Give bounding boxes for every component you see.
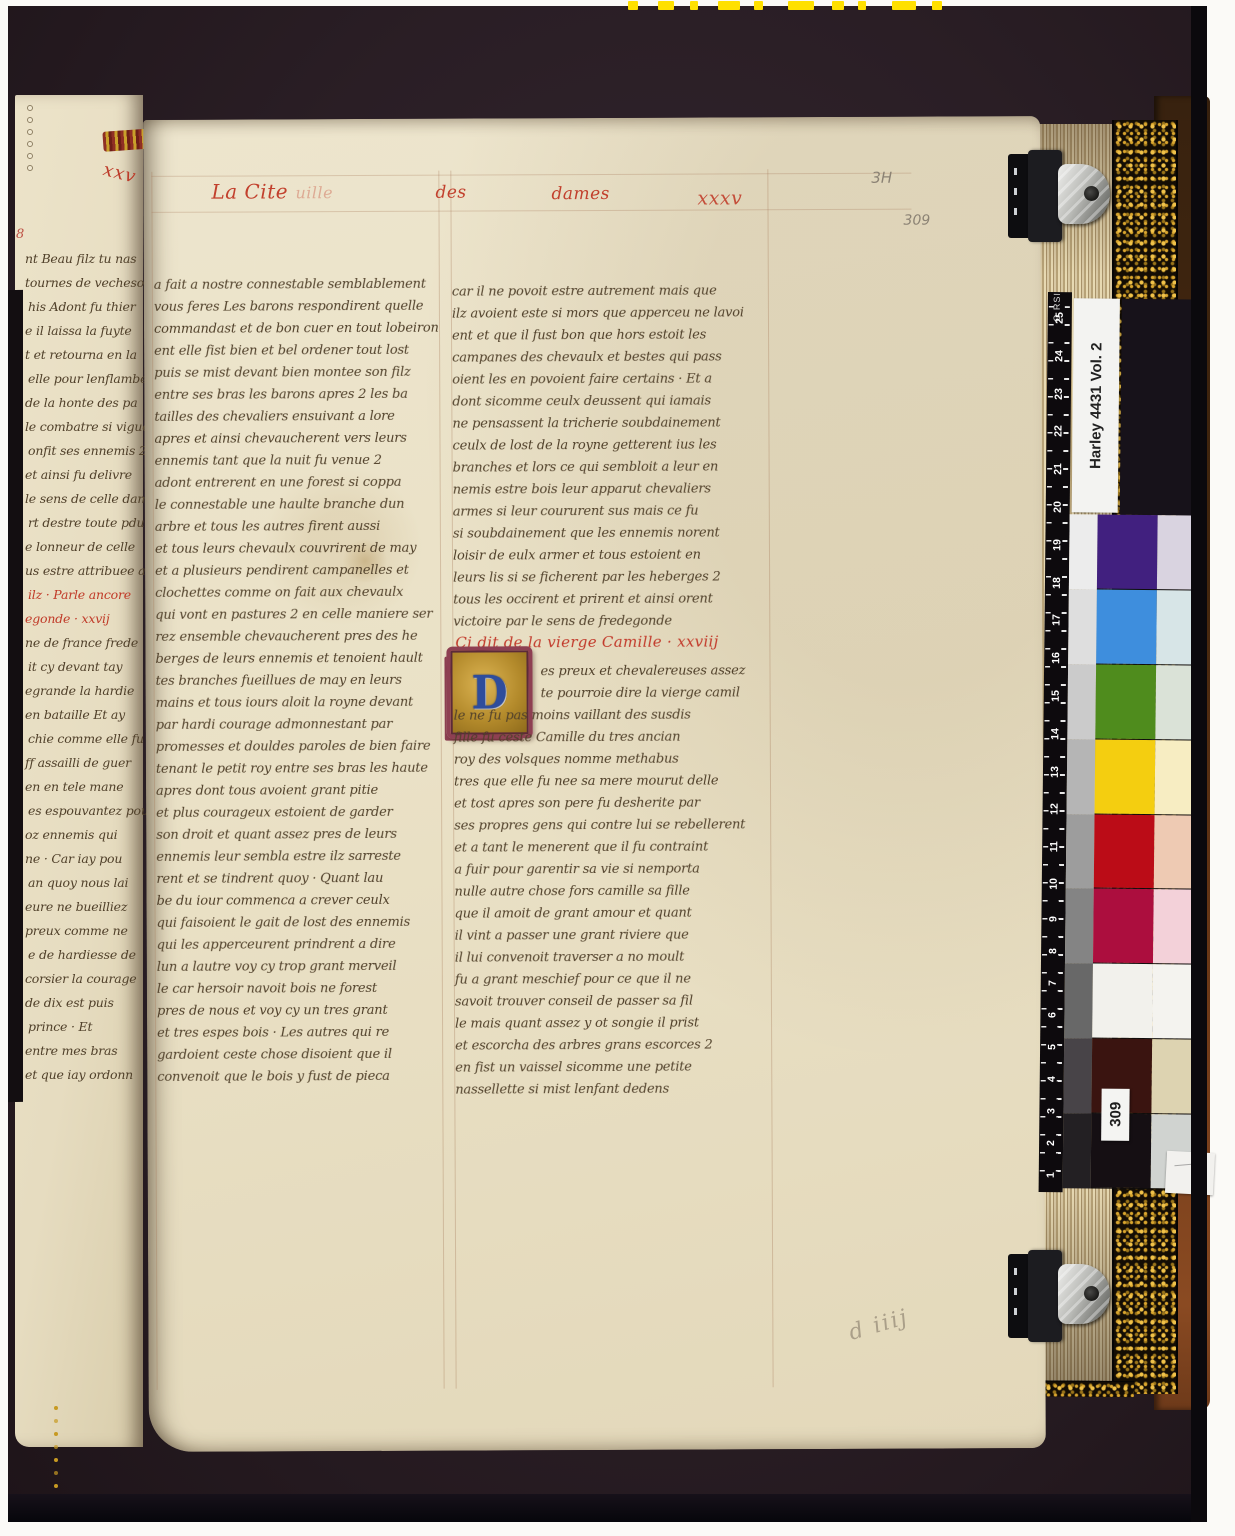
ruler-number: 12 [1049,803,1061,815]
text-line: tous les occirent et prirent et ainsi or… [453,588,771,611]
text-line: a fuir pour garentir sa vie si nemporta [454,858,772,881]
color-patch-row [1097,515,1203,591]
quire-mark-pencil: 3H [871,169,892,187]
binder-clip-top [1008,150,1108,242]
text-line: ennemis tant que la nuit fu venue 2 [155,450,443,473]
ruler-number: 20 [1052,501,1064,513]
text-line: onfit ses ennemis 2 [25,439,145,463]
ruler-number: 7 [1047,980,1059,986]
text-line: il lui convenoit traverser a no moult [455,946,773,969]
text-line: et tost apres son pere fu desherite par [454,792,772,815]
text-line: ent elle fist bien et bel ordener tout l… [154,340,442,363]
text-line: us estre attribuee a [25,559,145,583]
text-line: en en tele mane [25,775,145,799]
grayscale-step [1064,964,1093,1039]
clip-hole [1084,186,1099,201]
text-line: adont entrerent en une forest si coppa [155,472,443,495]
text-line: ff assailli de guer [25,751,145,775]
text-column-1: a fait a nostre connestable semblablemen… [154,274,446,1089]
text-line: puis se mist devant bien montee son filz [154,362,442,385]
text-line: arbre et tous les autres firent aussi [155,516,443,539]
text-line: entre ses bras les barons apres 2 les ba [154,384,442,407]
ruler-number: 8 [1047,948,1059,954]
ruler-number: 25 [1054,312,1066,324]
digitized-manuscript-photo: 8 xxv nt Beau filz tu nastournes de vech… [0,0,1235,1536]
text-column-2-lower: le ne fu pas moins vaillant des susdisfi… [454,704,774,1101]
text-line: il vint a passer une grant riviere que [455,924,773,947]
text-line: de dix est puis [25,991,145,1015]
running-header-des: des [435,183,466,203]
running-header-ghost: uille [295,183,333,202]
text-line: fu a grant meschief pour ce que il ne [455,968,773,991]
ruler-number: 5 [1046,1044,1058,1050]
text-line: rez ensemble chevaucherent pres des he [155,626,443,649]
photo-dark-background: 8 xxv nt Beau filz tu nastournes de vech… [8,6,1207,1522]
grayscale-step [1068,589,1097,664]
text-line: chie comme elle fu [25,727,145,751]
text-line: et a tant le menerent que il fu contrain… [454,836,772,859]
color-patch-row [1092,964,1198,1040]
grayscale-step [1063,1038,1092,1113]
text-line: et que iay ordonn [25,1063,145,1087]
text-line: armes si leur coururent sus mais ce fu [453,500,771,523]
top-edge-fragment [832,1,844,10]
text-line: e de hardiesse de [25,943,145,967]
verso-text-column: nt Beau filz tu nastournes de vechesonhi… [25,247,145,1087]
text-line: le connestable une haulte branche dun [155,494,443,517]
photo-edge-shadow [8,290,23,1102]
text-line: tres que elle fu nee sa mere mourut dell… [454,770,772,793]
text-line: qui faisoient le gait de lost des ennemi… [157,912,445,935]
running-header-dames: dames [551,184,610,204]
text-line: oient les en povoient faire certains · E… [452,368,770,391]
text-line: tenant le petit roy entre ses bras les h… [156,758,444,781]
text-line: si soubdainement que les ennemis norent [453,522,771,545]
color-patch-saturated [1095,739,1156,814]
text-line: elle pour lenflambe [25,367,145,391]
text-line: et tres espes bois · Les autres qui re [157,1022,445,1045]
text-line: tailles des chevaliers ensuivant a lore [154,406,442,429]
text-line: apres dont tous avoient grant pitie [156,780,444,803]
photo-bottom-edge [8,1494,1207,1522]
text-line: gardoient ceste chose disoient que il [157,1044,445,1067]
grayscale-step [1063,1113,1092,1188]
text-line: e il laissa la fuyte [25,319,145,343]
text-line: en fist un vaissel sicomme une petite [455,1056,773,1079]
text-line: par hardi courage admonnestant par [156,714,444,737]
color-patch-row [1095,739,1201,815]
text-line: nulle autre chose fors camille sa fille [454,880,772,903]
ruler-number: 3 [1045,1108,1057,1114]
text-line: que il amoit de grant amour et quant [455,902,773,925]
folio-number-pencil: 309 [904,213,931,229]
shelfmark-text: Harley 4431 Vol. 2 [1087,342,1105,469]
color-patch-row [1095,664,1201,740]
grayscale-step [1065,889,1094,964]
text-line: e lonneur de celle [25,535,145,559]
folio-sticker: 309 [1101,1089,1130,1141]
text-line: egrande la hardie [25,679,145,703]
color-patch-row [1094,814,1200,890]
top-edge-fragment [932,1,942,10]
shelfmark-label: Harley 4431 Vol. 2 [1072,298,1120,512]
text-line: victoire par le sens de fredegonde [453,610,771,633]
recto-page: La Cite uille des dames xxxv 3H 309 a fa… [143,116,1046,1452]
top-edge-fragment [718,1,740,10]
clip-speck [1014,1308,1017,1315]
clip-speck [1014,1288,1017,1295]
grayscale-step [1066,814,1095,889]
paper-scrap [1165,1151,1215,1195]
text-line: tournes de vecheson [25,271,145,295]
text-line: nemis estre bois leur apparut chevaliers [453,478,771,501]
verso-chapter-numeral: xxv [101,159,139,187]
text-line: ne pensassent la tricherie soubdainement [452,412,770,435]
text-column-2-upper: car il ne povoit estre autrement mais qu… [452,280,772,633]
running-header-title: La Cite [211,179,288,203]
text-line: le car hersoir navoit bois ne forest [157,978,445,1001]
text-line: son droit et quant assez pres de leurs [156,824,444,847]
verso-edge-mark: 8 [16,227,24,242]
text-line: mains et tous iours aloit la royne devan… [156,692,444,715]
verso-page-strip: 8 xxv nt Beau filz tu nastournes de vech… [15,95,143,1447]
color-patch-saturated [1095,664,1156,739]
text-line: convenoit que le bois y fust de pieca [157,1066,445,1089]
clip-speck [1014,208,1017,215]
text-line: apres et ainsi chevaucherent vers leurs [154,428,442,451]
ruler-number: 11 [1048,841,1060,852]
catchword-pencil: d iiij [846,1305,912,1346]
text-line: ne · Car iay pou [25,847,145,871]
binder-clip-bottom [1008,1250,1108,1342]
text-line: dont sicomme ceulx deussent qui iamais [452,390,770,413]
text-line: le combatre si vigue [25,415,145,439]
text-line: et ainsi fu delivre [25,463,145,487]
text-line: ceulx de lost de la royne getterent ius … [452,434,770,457]
top-edge-fragment [788,1,814,10]
photo-right-edge [1191,6,1207,1522]
text-line: ennemis leur sembla estre ilz sarreste [156,846,444,869]
top-edge-fragment [892,1,916,10]
text-line: vous feres Les barons respondirent quell… [154,296,442,319]
ruler-number: 23 [1053,388,1065,400]
text-line: es preux et chevalereuses assez [540,660,772,683]
text-line: an quoy nous lai [25,871,145,895]
text-line: campanes des chevaulx et bestes qui pass [452,346,770,369]
color-patch-saturated [1094,814,1155,889]
text-line: branches et lors ce qui sembloit a leur … [453,456,771,479]
color-patch-saturated [1092,964,1153,1039]
text-line: car il ne povoit estre autrement mais qu… [452,280,770,303]
ruler-number: 22 [1052,425,1064,437]
ruler-number: 18 [1051,577,1063,589]
text-line: oz ennemis qui [25,823,145,847]
text-line: rent et se tindrent quoy · Quant lau [156,868,444,891]
text-line: qui les apperceurent prindrent a dire [157,934,445,957]
text-line: fille fu ceste Camille du tres ancian [454,726,772,749]
clip-flap [1028,1250,1062,1342]
text-line: clochettes comme on fait aux chevaulx [155,582,443,605]
text-line: preux comme ne [25,919,145,943]
text-line: et tous leurs chevaulx couvrirent de may [155,538,443,561]
ruler-number: 2 [1045,1140,1057,1146]
text-line: his Adont fu thier [25,295,145,319]
grayscale-step [1067,739,1096,814]
text-line: roy des volsques nomme methabus [454,748,772,771]
text-line: nassellette si mist lenfant dedens [455,1078,773,1101]
text-line: egonde · xxvij [25,607,145,631]
clip-speck [1014,188,1017,195]
grayscale-step [1067,664,1096,739]
text-line: et escorcha des arbres grans escorces 2 [455,1034,773,1057]
text-line: le ne fu pas moins vaillant des susdis [454,704,772,727]
text-line: tes branches fueillues de may en leurs [156,670,444,693]
ruler-number: 24 [1053,350,1065,362]
color-patch-saturated [1097,515,1158,590]
running-header-numeral: xxxv [697,187,742,209]
text-line: be du iour commenca a crever ceulx [156,890,444,913]
text-line: lun a lautre voy cy trop grant merveil [157,956,445,979]
ruler-number: 4 [1046,1076,1058,1082]
top-edge-fragment [858,1,866,10]
ruler-number: 1 [1045,1172,1057,1178]
text-column-2-indented: es preux et chevalereuses assezte pourro… [540,660,772,705]
text-line: te pourroie dire la vierge camil [541,682,773,705]
text-line: ilz avoient este si mors que apperceu ne… [452,302,770,325]
ruler-number: 13 [1049,766,1061,778]
text-line: qui vont en pastures 2 en celle maniere … [155,604,443,627]
text-line: le mais quant assez y ot songie il prist [455,1012,773,1035]
text-line: le sens de celle dam [25,487,145,511]
top-edge-fragment [658,1,674,10]
text-line: pres de nous et voy cy un tres grant [157,1000,445,1023]
text-line: savoit trouver conseil de passer sa fil [455,990,773,1013]
grayscale-step [1069,514,1098,589]
color-patch-saturated [1093,889,1154,964]
text-line: ilz · Parle ancore [25,583,145,607]
text-line: promesses et douldes paroles de bien fai… [156,736,444,759]
ruler-number: 6 [1046,1012,1058,1018]
clip-flap [1028,150,1062,242]
ruler-number: 16 [1050,652,1062,664]
text-line: es espouvantez pou [25,799,145,823]
color-calibration-bar: O RSI 2524232221201918171615141312111098… [1039,292,1205,1194]
text-line: t et retourna en la [25,343,145,367]
text-line: ses propres gens qui contre lui se rebel… [454,814,772,837]
color-patch-row [1093,889,1199,965]
ruler-number: 15 [1050,690,1062,702]
text-line: rt destre toute pdue [25,511,145,535]
folio-sticker-text: 309 [1107,1102,1124,1127]
text-line: commandast et de bon cuer en tout lobeir… [154,318,442,341]
ruler-number: 17 [1051,614,1063,626]
ruling-line [151,173,911,177]
text-line: loisir de eulx armer et tous estoient en [453,544,771,567]
top-edge-fragment [754,1,763,10]
top-edge-fragment [690,1,698,10]
text-line: entre mes bras [25,1039,145,1063]
text-line: prince · Et [25,1015,145,1039]
sewing-holes [27,105,33,171]
text-line: en bataille Et ay [25,703,145,727]
text-line: et a plusieurs pendirent campanelles et [155,560,443,583]
text-line: nt Beau filz tu nas [25,247,145,271]
top-edge-fragment [628,1,638,10]
color-patch-saturated [1096,589,1157,664]
ruling-line [151,209,911,213]
text-line: berges de leurs ennemis et tenoient haul… [155,648,443,671]
ruler-number: 21 [1052,463,1064,475]
ruler-number: 19 [1051,539,1063,551]
ruler-number: 14 [1049,728,1061,740]
text-line: it cy devant tay [25,655,145,679]
text-line: corsier la courage [25,967,145,991]
text-line: et plus courageux estoient de garder [156,802,444,825]
clip-hole [1084,1286,1099,1301]
clip-speck [1014,1268,1017,1275]
text-line: ne de france frede [25,631,145,655]
text-line: a fait a nostre connestable semblablemen… [154,274,442,297]
text-line: de la honte des pa [25,391,145,415]
text-line: eure ne bueilliez [25,895,145,919]
ruler-number: 9 [1047,916,1059,922]
ruler-number: 10 [1048,878,1060,890]
text-line: leurs lis si se ficherent par les heberg… [453,566,771,589]
clip-speck [1014,168,1017,175]
color-patch-row [1096,589,1202,665]
text-line: ent et que il fust bon que hors estoit l… [452,324,770,347]
